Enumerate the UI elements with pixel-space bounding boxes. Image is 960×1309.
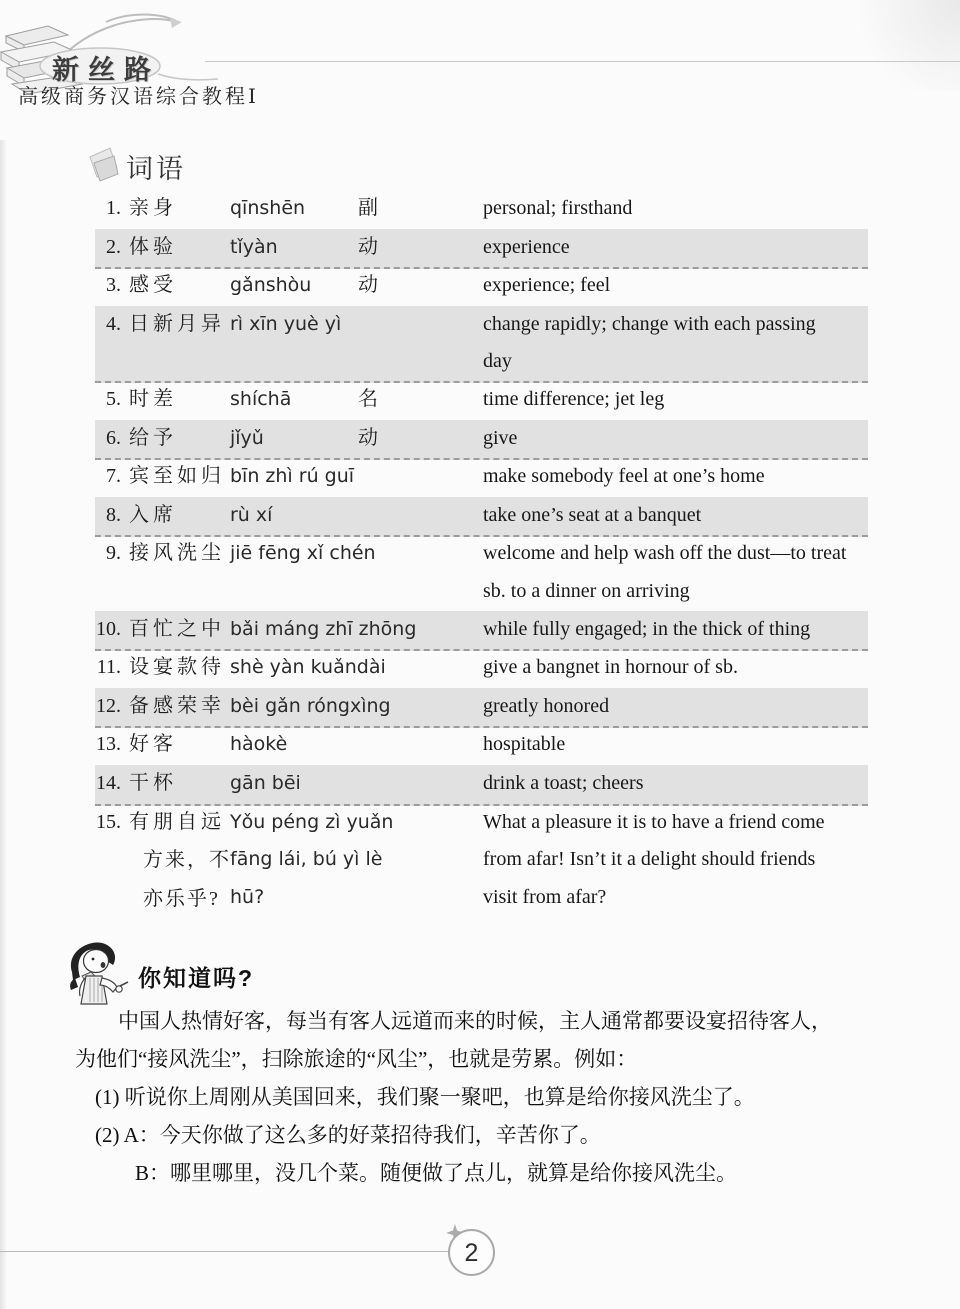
vocab-pinyin-line: tǐyàn (230, 229, 358, 267)
vocab-row: 8.入席rù xítake one’s seat at a banquet (95, 497, 868, 538)
vocab-word: 4.日新月异 (95, 306, 230, 345)
vocab-word-text: 干杯 (129, 772, 177, 794)
vocab-english: take one’s seat at a banquet (483, 497, 868, 535)
vocab-pinyin-line: qīnshēn (230, 190, 358, 228)
vocab-word-line: 8.入席 (95, 497, 230, 536)
vocab-english-line: drink a toast; cheers (483, 765, 868, 803)
vocab-pinyin-line: Yǒu péng zì yuǎn (230, 804, 358, 842)
vocab-word: 12.备感荣幸 (95, 688, 230, 727)
vocab-word-line: 15.有朋自远 (95, 804, 230, 843)
vocab-english-line: welcome and help wash off the dust—to tr… (483, 535, 868, 573)
vocab-english: make somebody feel at one’s home (483, 458, 868, 496)
know-example-line: B：哪里哪里，没几个菜。随便做了点儿，就算是给你接风洗尘。 (75, 1154, 905, 1192)
vocab-word-line: 11.设宴款待 (95, 649, 230, 688)
vocab-english-line: day (483, 343, 868, 381)
vocab-english: experience; feel (483, 267, 868, 305)
vocab-number: 15. (95, 804, 121, 842)
vocab-pinyin-line: bǎi máng zhī zhōng (230, 611, 358, 649)
vocab-row: 1.亲身qīnshēn副personal; firsthand (95, 190, 868, 229)
vocab-word-line: 5.时差 (95, 381, 230, 420)
vocab-word-text: 方来，不 (143, 849, 231, 871)
vocab-pinyin: Yǒu péng zì yuǎnfāng lái, bú yì lèhū? (230, 804, 358, 917)
vocab-word-text: 体验 (129, 236, 177, 258)
vocab-pinyin: jiē fēng xǐ chén (230, 535, 358, 573)
vocab-word-line: 14.干杯 (95, 765, 230, 804)
vocab-english: give (483, 420, 868, 458)
vocab-pinyin: qīnshēn (230, 190, 358, 228)
vocab-word-text: 备感荣幸 (129, 695, 225, 717)
vocab-pinyin-line: gān bēi (230, 765, 358, 803)
vocab-english-line: give a bangnet in hornour of sb. (483, 649, 868, 687)
vocab-word-line: 6.给予 (95, 420, 230, 459)
vocab-number: 3. (95, 267, 121, 305)
vocab-english: drink a toast; cheers (483, 765, 868, 803)
vocab-word: 5.时差 (95, 381, 230, 420)
vocab-word-line: 4.日新月异 (95, 306, 230, 345)
vocab-word-line: 13.好客 (95, 726, 230, 765)
vocab-row: 2.体验tǐyàn动experience (95, 229, 868, 270)
vocab-english: personal; firsthand (483, 190, 868, 228)
know-examples: (1) 听说你上周刚从美国回来，我们聚一聚吧，也算是给你接风洗尘了。(2) A：… (75, 1078, 905, 1192)
vocab-table: 1.亲身qīnshēn副personal; firsthand2.体验tǐyàn… (95, 190, 868, 919)
vocab-pinyin-line: bèi gǎn róngxìng (230, 688, 358, 726)
vocab-english: hospitable (483, 726, 868, 764)
know-body: 中国人热情好客，每当有客人远道而来的时候，主人通常都要设宴招待客人，为他们“接风… (75, 1002, 905, 1192)
vocab-word: 15.有朋自远方来，不亦乐乎? (95, 804, 230, 920)
vocab-english: What a pleasure it is to have a friend c… (483, 804, 868, 917)
vocab-number: 2. (95, 229, 121, 267)
vocab-row: 4.日新月异rì xīn yuè yìchange rapidly; chang… (95, 306, 868, 383)
vocab-word-text: 日新月异 (129, 313, 225, 335)
vocab-word-text: 宾至如归 (129, 465, 225, 487)
vocab-word: 2.体验 (95, 229, 230, 268)
vocab-english-line: time difference; jet leg (483, 381, 868, 419)
vocab-english-line: hospitable (483, 726, 868, 764)
vocab-english: change rapidly; change with each passing… (483, 306, 868, 381)
vocab-pinyin-line: gǎnshòu (230, 267, 358, 305)
know-section-title: 你知道吗? (138, 960, 254, 993)
vocab-english: while fully engaged; in the thick of thi… (483, 611, 868, 649)
vocab-pos: 动 (358, 420, 483, 458)
vocab-pinyin: bīn zhì rú guī (230, 458, 358, 496)
page-corner-icon (88, 146, 120, 187)
vocab-pinyin-line: jǐyǔ (230, 420, 358, 458)
know-example-line: (2) A：今天你做了这么多的好菜招待我们，辛苦你了。 (75, 1116, 905, 1154)
vocab-pos: 动 (358, 229, 483, 267)
section-title: 词语 (126, 147, 186, 186)
vocab-section-header: 词语 (88, 146, 186, 187)
vocab-english-line: give (483, 420, 868, 458)
vocab-number: 10. (95, 611, 121, 649)
vocab-word-text: 时差 (129, 388, 177, 410)
vocab-number: 7. (95, 458, 121, 496)
vocab-english-line: experience (483, 229, 868, 267)
vocab-number: 12. (95, 688, 121, 726)
vocab-row: 15.有朋自远方来，不亦乐乎?Yǒu péng zì yuǎnfāng lái,… (95, 804, 868, 920)
vocab-pinyin: bǎi máng zhī zhōng (230, 611, 358, 649)
vocab-word-text: 感受 (129, 274, 177, 296)
vocab-word-text: 接风洗尘 (129, 542, 225, 564)
vocab-english-line: from afar! Isn’t it a delight should fri… (483, 841, 868, 879)
vocab-word-text: 给予 (129, 427, 177, 449)
vocab-pinyin: shè yàn kuǎndài (230, 649, 358, 687)
vocab-word-text: 好客 (129, 733, 177, 755)
vocab-english-line: change rapidly; change with each passing (483, 306, 868, 344)
vocab-pinyin-line: bīn zhì rú guī (230, 458, 358, 496)
vocab-word-line: 7.宾至如归 (95, 458, 230, 497)
vocab-pinyin: shíchā (230, 381, 358, 419)
vocab-word-line: 9.接风洗尘 (95, 535, 230, 574)
vocab-english-line: take one’s seat at a banquet (483, 497, 868, 535)
vocab-row: 7.宾至如归bīn zhì rú guīmake somebody feel a… (95, 458, 868, 497)
vocab-word: 9.接风洗尘 (95, 535, 230, 574)
vocab-english: give a bangnet in hornour of sb. (483, 649, 868, 687)
vocab-pos: 名 (358, 381, 483, 419)
vocab-number: 13. (95, 726, 121, 764)
vocab-word-line: 亦乐乎? (95, 881, 230, 920)
vocab-pinyin: rì xīn yuè yì (230, 306, 358, 344)
vocab-word-line: 3.感受 (95, 267, 230, 306)
vocab-pinyin: tǐyàn (230, 229, 358, 267)
vocab-english: time difference; jet leg (483, 381, 868, 419)
vocab-word: 1.亲身 (95, 190, 230, 229)
vocab-row: 14.干杯gān bēidrink a toast; cheers (95, 765, 868, 806)
vocab-word-text: 有朋自远 (129, 811, 225, 833)
textbook-page: 新丝路 高级商务汉语综合教程Ⅰ 词语 1.亲身qīnshēn副personal;… (0, 0, 960, 1309)
vocab-number: 11. (95, 649, 121, 687)
vocab-pinyin-line: shè yàn kuǎndài (230, 649, 358, 687)
vocab-pinyin-line: hū? (230, 879, 358, 917)
vocab-english-line: personal; firsthand (483, 190, 868, 228)
vocab-row: 11.设宴款待shè yàn kuǎndàigive a bangnet in … (95, 649, 868, 688)
vocab-pinyin: bèi gǎn róngxìng (230, 688, 358, 726)
vocab-word-text: 入席 (129, 504, 177, 526)
vocab-word: 13.好客 (95, 726, 230, 765)
know-paragraph: 中国人热情好客，每当有客人远道而来的时候，主人通常都要设宴招待客人，为他们“接风… (75, 1002, 905, 1078)
vocab-word: 14.干杯 (95, 765, 230, 804)
vocab-word-text: 亲身 (129, 197, 177, 219)
vocab-pinyin: jǐyǔ (230, 420, 358, 458)
vocab-number: 9. (95, 535, 121, 573)
vocab-word: 11.设宴款待 (95, 649, 230, 688)
vocab-word-text: 百忙之中 (129, 618, 225, 640)
vocab-word-line: 12.备感荣幸 (95, 688, 230, 727)
vocab-row: 6.给予jǐyǔ动give (95, 420, 868, 461)
vocab-row: 13.好客hàokèhospitable (95, 726, 868, 765)
vocab-number: 8. (95, 497, 121, 535)
vocab-pos: 副 (358, 190, 483, 228)
vocab-row: 3.感受gǎnshòu动experience; feel (95, 267, 868, 306)
vocab-pinyin-line: fāng lái, bú yì lè (230, 841, 358, 879)
vocab-word: 3.感受 (95, 267, 230, 306)
vocab-row: 12.备感荣幸bèi gǎn róngxìnggreatly honored (95, 688, 868, 729)
footer-line (0, 1251, 450, 1252)
vocab-number: 6. (95, 420, 121, 458)
vocab-english: greatly honored (483, 688, 868, 726)
vocab-pinyin-line: rì xīn yuè yì (230, 306, 358, 344)
vocab-english-line: experience; feel (483, 267, 868, 305)
know-paragraph-line: 为他们“接风洗尘”，扫除旅途的“风尘”，也就是劳累。例如： (75, 1040, 905, 1078)
vocab-number: 5. (95, 381, 121, 419)
page-number: 2 (448, 1229, 495, 1276)
vocab-word-line: 2.体验 (95, 229, 230, 268)
know-paragraph-line: 中国人热情好客，每当有客人远道而来的时候，主人通常都要设宴招待客人， (75, 1002, 905, 1040)
vocab-number: 14. (95, 765, 121, 803)
vocab-english: welcome and help wash off the dust—to tr… (483, 535, 868, 610)
vocab-number: 1. (95, 190, 121, 228)
vocab-word: 8.入席 (95, 497, 230, 536)
vocab-row: 10.百忙之中bǎi máng zhī zhōngwhile fully eng… (95, 611, 868, 652)
vocab-english-line: What a pleasure it is to have a friend c… (483, 804, 868, 842)
vocab-word: 10.百忙之中 (95, 611, 230, 650)
vocab-english-line: greatly honored (483, 688, 868, 726)
vocab-pinyin: gǎnshòu (230, 267, 358, 305)
vocab-pinyin: gān bēi (230, 765, 358, 803)
vocab-word-text: 设宴款待 (129, 656, 225, 678)
know-example-line: (1) 听说你上周刚从美国回来，我们聚一聚吧，也算是给你接风洗尘了。 (75, 1078, 905, 1116)
vocab-word-line: 1.亲身 (95, 190, 230, 229)
vocab-word: 6.给予 (95, 420, 230, 459)
vocab-pinyin-line: shíchā (230, 381, 358, 419)
vocab-pinyin-line: jiē fēng xǐ chén (230, 535, 358, 573)
vocab-word: 7.宾至如归 (95, 458, 230, 497)
vocab-row: 5.时差shíchā名time difference; jet leg (95, 381, 868, 420)
vocab-pinyin-line: rù xí (230, 497, 358, 535)
vocab-pinyin: hàokè (230, 726, 358, 764)
vocab-english-line: sb. to a dinner on arriving (483, 573, 868, 611)
vocab-row: 9.接风洗尘jiē fēng xǐ chénwelcome and help w… (95, 535, 868, 610)
vocab-pos: 动 (358, 267, 483, 305)
vocab-pinyin: rù xí (230, 497, 358, 535)
book-title: 高级商务汉语综合教程Ⅰ (18, 80, 259, 109)
vocab-english-line: make somebody feel at one’s home (483, 458, 868, 496)
header-divider (205, 61, 960, 62)
vocab-pinyin-line: hàokè (230, 726, 358, 764)
vocab-word-text: 亦乐乎? (143, 888, 220, 910)
vocab-english-line: visit from afar? (483, 879, 868, 917)
vocab-number: 4. (95, 306, 121, 344)
vocab-word-line: 10.百忙之中 (95, 611, 230, 650)
vocab-english-line: while fully engaged; in the thick of thi… (483, 611, 868, 649)
vocab-english: experience (483, 229, 868, 267)
vocab-word-line: 方来，不 (95, 842, 230, 881)
